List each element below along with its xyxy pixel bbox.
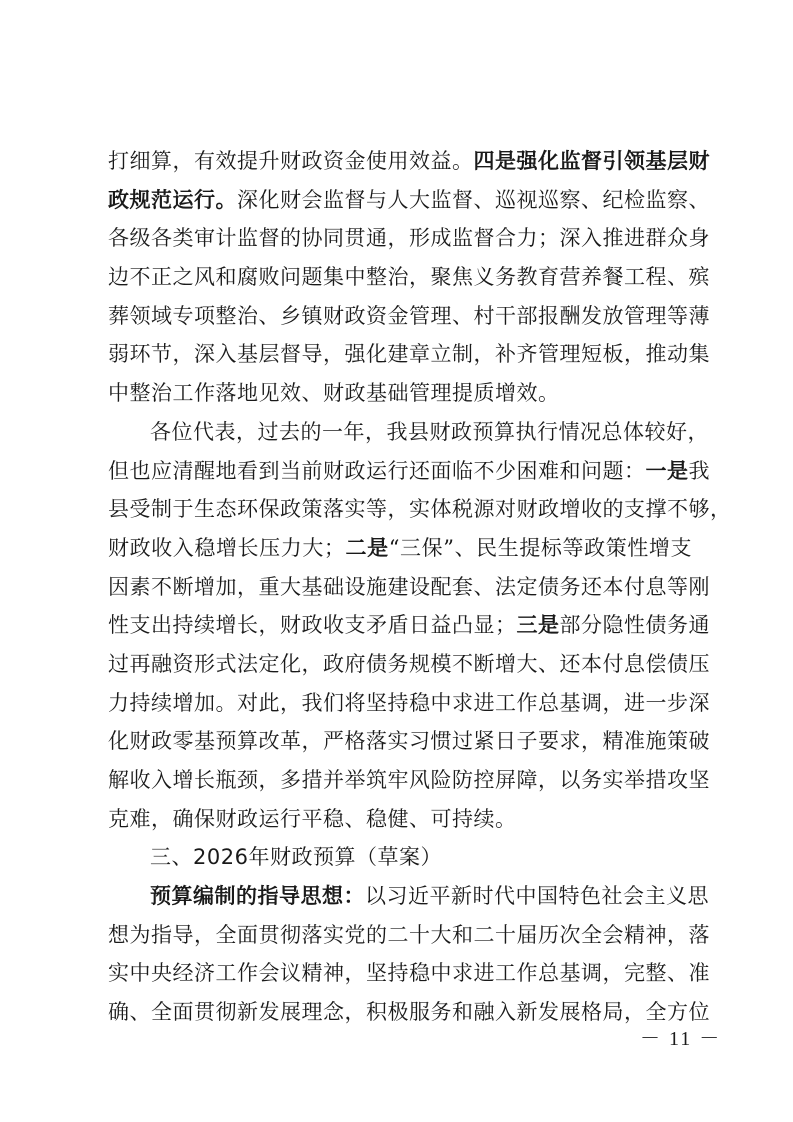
line-text: 各级各类审计监督的协同贯通，形成监督合力；深入推进群众身 [108, 226, 710, 250]
document-body: 打细算，有效提升财政资金使用效益。四是强化监督引领基层财 政规范运行。深化财会监… [108, 142, 692, 1032]
text-line: 但也应清醒地看到当前财政运行还面临不少困难和问题：一是我 [108, 452, 692, 491]
paragraph-start-line: 各位代表，过去的一年，我县财政预算执行情况总体较好， [108, 413, 692, 452]
line-text: 因素不断增加，重大基础设施建设配套、法定债务还本付息等刚 [108, 575, 710, 599]
text-line: 打细算，有效提升财政资金使用效益。四是强化监督引领基层财 [108, 142, 692, 181]
bold-point-label: 二是 [345, 536, 388, 560]
line-text: 财政收入稳增长压力大； [108, 536, 345, 560]
text-line: 财政收入稳增长压力大；二是“三保”、民生提标等政策性增支 [108, 529, 692, 568]
line-text: 边不正之风和腐败问题集中整治，聚焦义务教育营养餐工程、殡 [108, 265, 710, 289]
text-line: 解收入增长瓶颈，多措并举筑牢风险防控屏障，以务实举措攻坚 [108, 761, 692, 800]
bold-point-label: 三是 [517, 613, 560, 637]
line-text: 中整治工作落地见效、财政基础管理提质增效。 [108, 381, 560, 405]
text-line: 确、全面贯彻新发展理念，积极服务和融入新发展格局，全方位 [108, 993, 692, 1032]
bold-heading-text: 四是强化监督引领基层财 [474, 149, 711, 173]
bold-point-label: 一是 [646, 459, 689, 483]
text-line: 边不正之风和腐败问题集中整治，聚焦义务教育营养餐工程、殡 [108, 258, 692, 297]
text-line: 克难，确保财政运行平稳、稳健、可持续。 [108, 800, 692, 839]
text-line: 各级各类审计监督的协同贯通，形成监督合力；深入推进群众身 [108, 219, 692, 258]
text-line: 实中央经济工作会议精神，坚持稳中求进工作总基调，完整、准 [108, 954, 692, 993]
line-text: 解收入增长瓶颈，多措并举筑牢风险防控屏障，以务实举措攻坚 [108, 768, 710, 792]
line-text: 深化财会监督与人大监督、巡视巡察、纪检监察、 [237, 188, 710, 212]
text-line: 葬领域专项整治、乡镇财政资金管理、村干部报酬发放管理等薄 [108, 297, 692, 336]
text-line: 过再融资形式法定化，政府债务规模不断增大、还本付息偿债压 [108, 645, 692, 684]
line-text: 但也应清醒地看到当前财政运行还面临不少困难和问题： [108, 459, 646, 483]
document-page: 打细算，有效提升财政资金使用效益。四是强化监督引领基层财 政规范运行。深化财会监… [0, 0, 793, 1122]
line-text: 过再融资形式法定化，政府债务规模不断增大、还本付息偿债压 [108, 652, 710, 676]
line-text: 想为指导，全面贯彻落实党的二十大和二十届历次全会精神，落 [108, 923, 710, 947]
line-text: 县受制于生态环保政策落实等，实体税源对财政增收的支撑不够， [108, 497, 732, 521]
line-text: 实中央经济工作会议精神，坚持稳中求进工作总基调，完整、准 [108, 961, 710, 985]
page-number: － 11 － [640, 1022, 721, 1051]
text-line: 弱环节，深入基层督导，强化建章立制，补齐管理短板，推动集 [108, 335, 692, 374]
line-text: 力持续增加。对此，我们将坚持稳中求进工作总基调，进一步深 [108, 691, 710, 715]
line-text: 克难，确保财政运行平稳、稳健、可持续。 [108, 807, 517, 831]
text-line: 化财政零基预算改革，严格落实习惯过紧日子要求，精准施策破 [108, 722, 692, 761]
line-text: 葬领域专项整治、乡镇财政资金管理、村干部报酬发放管理等薄 [108, 304, 710, 328]
section-heading-text: 三、2026年财政预算（草案） [150, 845, 442, 869]
line-text: “三保”、民生提标等政策性增支 [389, 536, 692, 560]
line-text: 打细算，有效提升财政资金使用效益。 [108, 149, 474, 173]
text-line: 中整治工作落地见效、财政基础管理提质增效。 [108, 374, 692, 413]
line-text: 以习近平新时代中国特色社会主义思 [365, 884, 709, 908]
text-line: 政规范运行。深化财会监督与人大监督、巡视巡察、纪检监察、 [108, 181, 692, 220]
line-text: 各位代表，过去的一年，我县财政预算执行情况总体较好， [150, 420, 709, 444]
text-line: 县受制于生态环保政策落实等，实体税源对财政增收的支撑不够， [108, 490, 692, 529]
line-text: 确、全面贯彻新发展理念，积极服务和融入新发展格局，全方位 [108, 1000, 710, 1024]
text-line: 力持续增加。对此，我们将坚持稳中求进工作总基调，进一步深 [108, 684, 692, 723]
paragraph-start-line: 预算编制的指导思想：以习近平新时代中国特色社会主义思 [108, 877, 692, 916]
line-text: 部分隐性债务通 [560, 613, 711, 637]
line-text: 化财政零基预算改革，严格落实习惯过紧日子要求，精准施策破 [108, 729, 710, 753]
line-text: 性支出持续增长，财政收支矛盾日益凸显； [108, 613, 517, 637]
text-line: 想为指导，全面贯彻落实党的二十大和二十届历次全会精神，落 [108, 916, 692, 955]
line-text: 我 [689, 459, 711, 483]
text-line: 因素不断增加，重大基础设施建设配套、法定债务还本付息等刚 [108, 568, 692, 607]
text-line: 性支出持续增长，财政收支矛盾日益凸显；三是部分隐性债务通 [108, 606, 692, 645]
line-text: 弱环节，深入基层督导，强化建章立制，补齐管理短板，推动集 [108, 342, 710, 366]
section-heading: 三、2026年财政预算（草案） [108, 838, 692, 877]
bold-heading-text: 政规范运行。 [108, 188, 237, 212]
bold-heading-text: 预算编制的指导思想： [150, 884, 365, 908]
